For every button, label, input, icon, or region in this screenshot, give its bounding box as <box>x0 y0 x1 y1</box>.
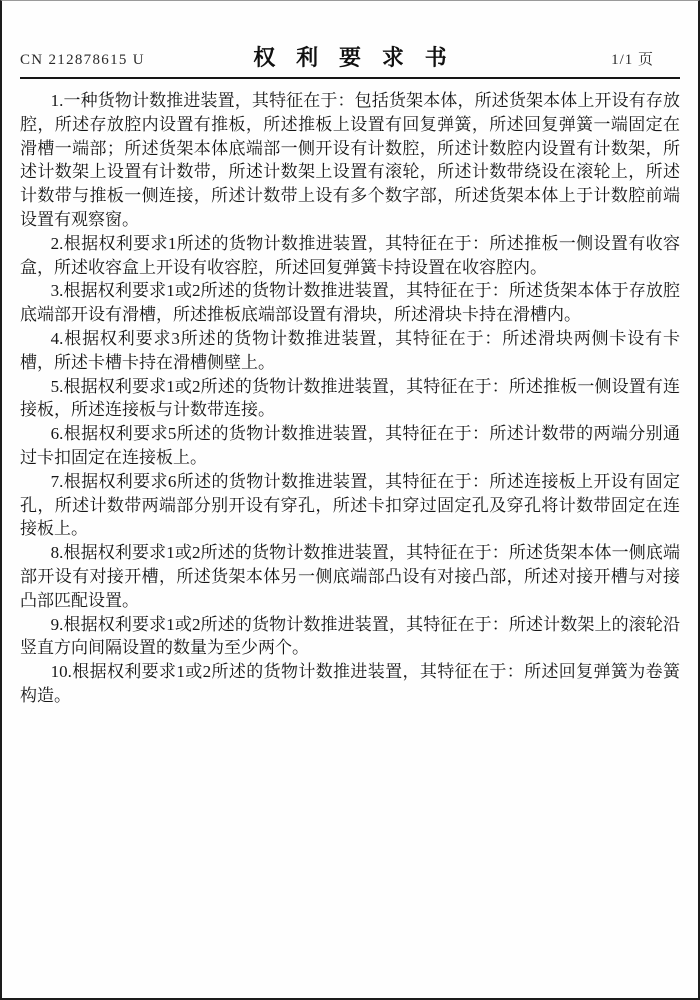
claim-5: 5.根据权利要求1或2所述的货物计数推进装置，其特征在于：所述推板一侧设置有连接… <box>20 375 680 423</box>
claim-10: 10.根据权利要求1或2所述的货物计数推进装置，其特征在于：所述回复弹簧为卷簧构… <box>20 660 680 708</box>
header-divider <box>20 77 680 79</box>
claim-7: 7.根据权利要求6所述的货物计数推进装置，其特征在于：所述连接板上开设有固定孔，… <box>20 470 680 541</box>
page-header: CN 212878615 U 权利要求书 1/1 页 <box>20 43 680 70</box>
document-number: CN 212878615 U <box>20 52 145 69</box>
claim-2: 2.根据权利要求1所述的货物计数推进装置，其特征在于：所述推板一侧设置有收容盒，… <box>20 232 680 280</box>
claim-4: 4.根据权利要求3所述的货物计数推进装置，其特征在于：所述滑块两侧卡设有卡槽，所… <box>20 327 680 375</box>
claim-3: 3.根据权利要求1或2所述的货物计数推进装置，其特征在于：所述货架本体于存放腔底… <box>20 279 680 327</box>
claims-body: 1.一种货物计数推进装置，其特征在于：包括货架本体，所述货架本体上开设有存放腔，… <box>20 89 680 708</box>
page-title: 权利要求书 <box>232 41 467 72</box>
claim-9: 9.根据权利要求1或2所述的货物计数推进装置，其特征在于：所述计数架上的滚轮沿竖… <box>20 613 680 661</box>
patent-claims-page: CN 212878615 U 权利要求书 1/1 页 1.一种货物计数推进装置，… <box>0 0 700 1000</box>
page-number-indicator: 1/1 页 <box>611 48 654 69</box>
claim-1: 1.一种货物计数推进装置，其特征在于：包括货架本体，所述货架本体上开设有存放腔，… <box>20 89 680 232</box>
claim-8: 8.根据权利要求1或2所述的货物计数推进装置，其特征在于：所述货架本体一侧底端部… <box>20 541 680 612</box>
claim-6: 6.根据权利要求5所述的货物计数推进装置，其特征在于：所述计数带的两端分别通过卡… <box>20 422 680 470</box>
